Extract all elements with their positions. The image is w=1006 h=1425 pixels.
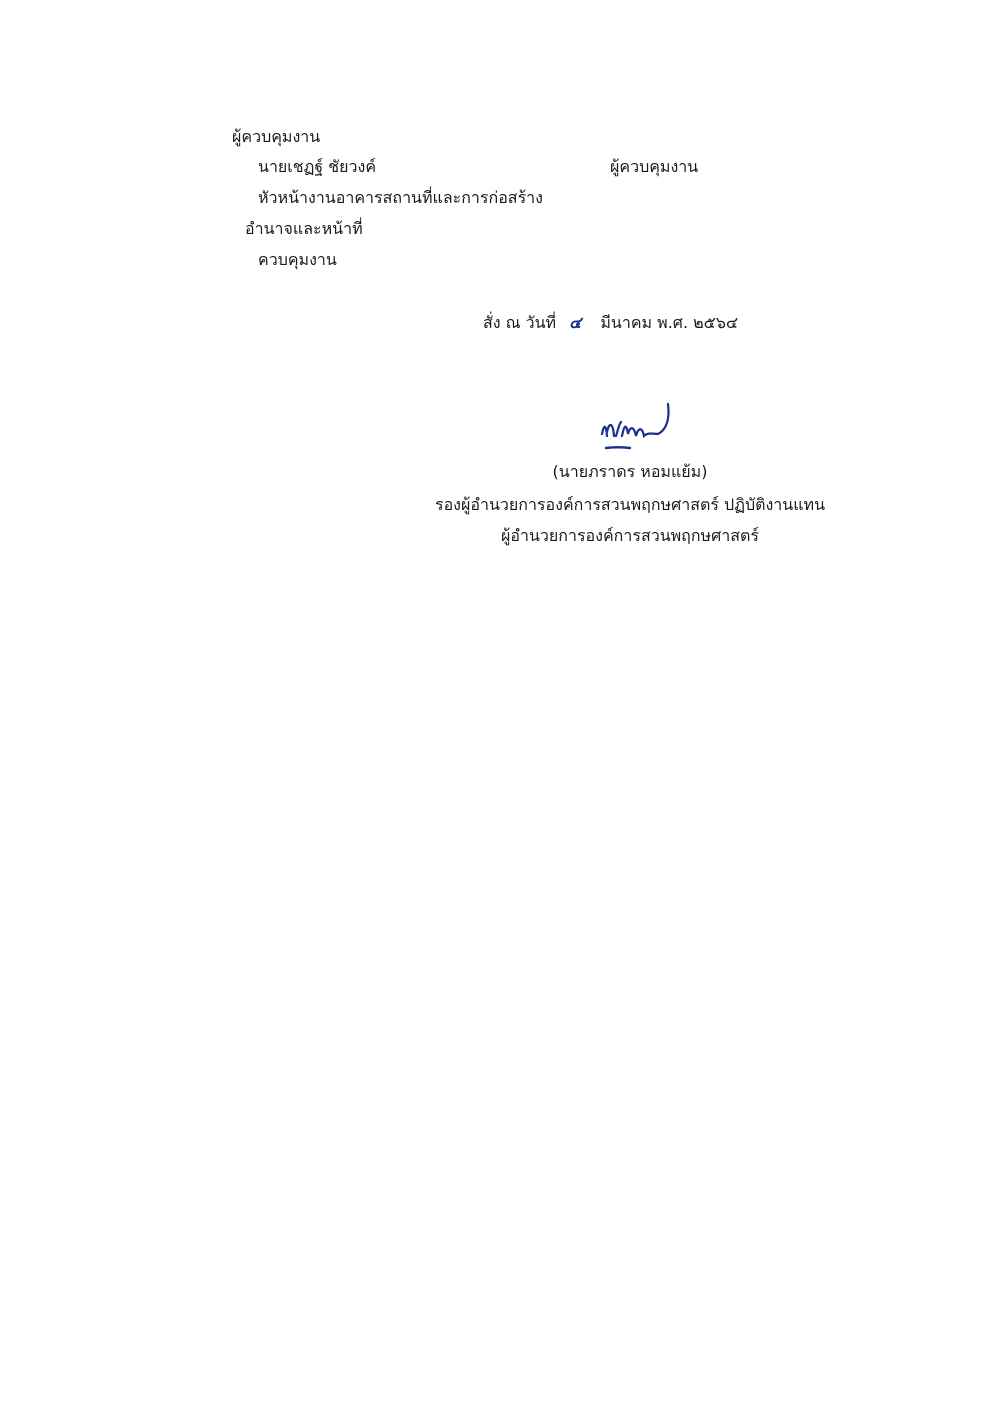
document-page: ผู้ควบคุมงาน นายเชฏฐ์ ชัยวงค์ ผู้ควบคุมง… — [0, 0, 1006, 1425]
section-heading: ผู้ควบคุมงาน — [232, 126, 320, 148]
signature-mark — [592, 396, 692, 456]
signatory-title-line1: รองผู้อำนวยการองค์การสวนพฤกษศาสตร์ ปฏิบั… — [420, 494, 840, 516]
order-date-day: ๔ — [569, 313, 581, 332]
person-name: นายเชฏฐ์ ชัยวงค์ — [258, 156, 376, 178]
person-role: ผู้ควบคุมงาน — [610, 156, 698, 178]
signatory-title-line2: ผู้อำนวยการองค์การสวนพฤกษศาสตร์ — [420, 525, 840, 547]
person-position: หัวหน้างานอาคารสถานที่และการก่อสร้าง — [258, 187, 543, 209]
order-date: สั่ง ณ วันที่ ๔ มีนาคม พ.ศ. ๒๕๖๔ — [483, 312, 738, 334]
duty-heading: อำนาจและหน้าที่ — [245, 218, 363, 240]
duty-text: ควบคุมงาน — [258, 249, 337, 271]
order-date-month-year: มีนาคม พ.ศ. ๒๕๖๔ — [600, 313, 738, 332]
signatory-name: (นายภราดร หอมแย้ม) — [420, 461, 840, 483]
order-date-prefix: สั่ง ณ วันที่ — [483, 313, 556, 332]
